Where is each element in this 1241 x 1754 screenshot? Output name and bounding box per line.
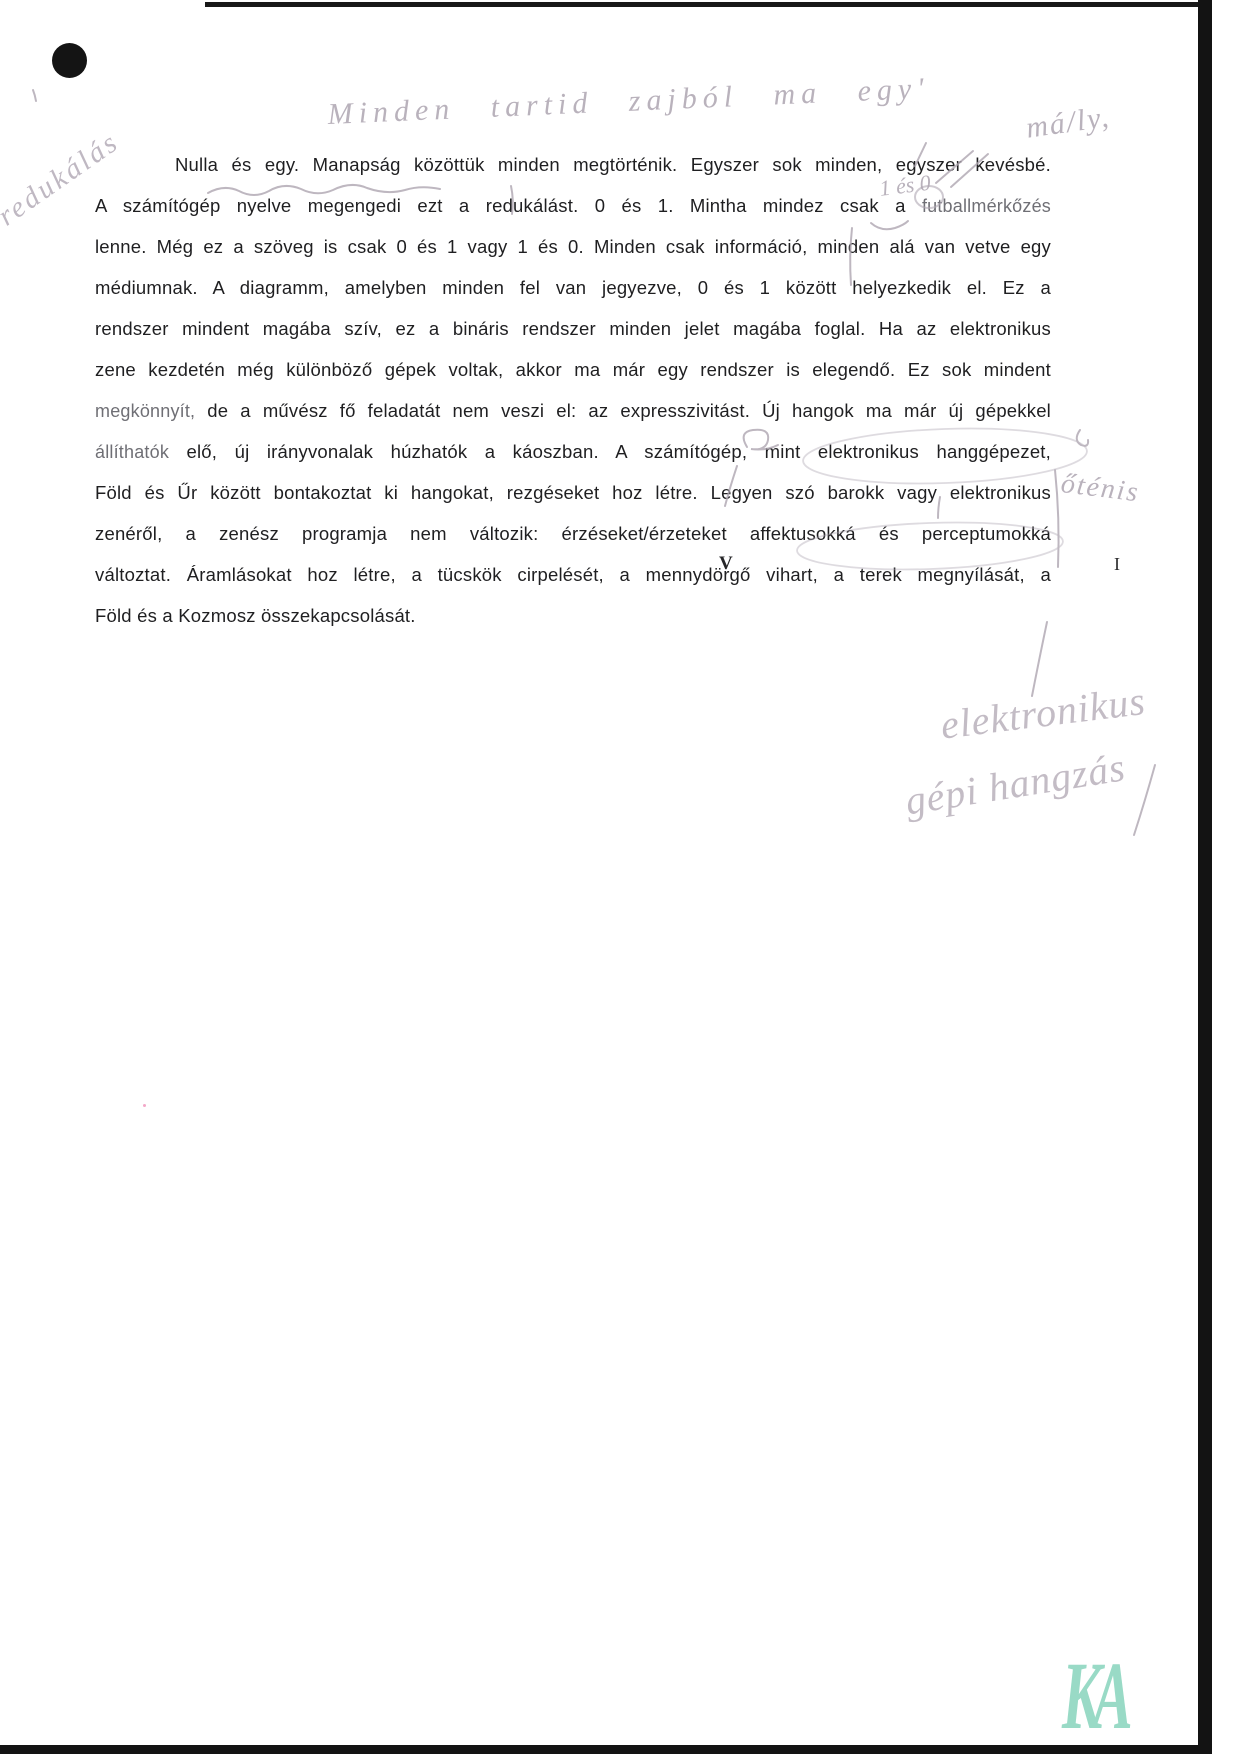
- text-segment: de a művész fő feladatát nem veszi el: a…: [195, 400, 1051, 421]
- inserted-word: megkönnyít,: [95, 401, 195, 421]
- handwritten-note-top: Minden tartid zajból ma egy': [327, 72, 930, 132]
- handwritten-note-right-margin: őténis: [1059, 468, 1141, 509]
- handwritten-note-top-right: má/ly,: [1024, 100, 1112, 145]
- body-paragraph: Nulla és egy. Manapság közöttük minden m…: [95, 144, 1051, 636]
- scan-edge-bottom: [0, 1745, 1212, 1754]
- margin-i-mark: I: [1114, 554, 1120, 575]
- pencil-sigma-mark: [1077, 430, 1088, 446]
- paragraph-line-6: zene kezdetén még különböző gépek voltak…: [95, 349, 1051, 390]
- paragraph-line-8: állíthatók elő, új irányvonalak húzhatók…: [95, 431, 1051, 472]
- inserted-word: futballmérkőzés: [922, 196, 1051, 216]
- scan-speck: [143, 1104, 146, 1107]
- paragraph-line-7: megkönnyít, de a művész fő feladatát nem…: [95, 390, 1051, 431]
- paragraph-line-10: zenéről, a zenész programja nem változik…: [95, 513, 1051, 554]
- scan-edge-top: [205, 2, 1212, 7]
- text-segment: Föld és Űr között bontakoztat ki hangoka…: [95, 482, 1051, 503]
- paragraph-line-11: változtat. Áramlásokat hoz létre, a tücs…: [95, 554, 1051, 595]
- scan-edge-right: [1198, 0, 1212, 1754]
- inserted-word: állíthatók: [95, 442, 169, 462]
- scanned-document-page: Nulla és egy. Manapság közöttük minden m…: [0, 0, 1241, 1754]
- pencil-tiny-mark: [33, 90, 36, 101]
- handwritten-note-electronic-2: gépi hangzás: [902, 743, 1129, 824]
- paragraph-line-4: médiumnak. A diagramm, amelyben minden f…: [95, 267, 1051, 308]
- pencil-margin-line: [1055, 470, 1059, 567]
- paragraph-line-5: rendszer mindent magába szív, ez a binár…: [95, 308, 1051, 349]
- text-segment: A számítógép nyelve megengedi ezt a redu…: [95, 195, 922, 216]
- pencil-slash-2: [1134, 765, 1155, 835]
- paragraph-line-12: Föld és a Kozmosz összekapcsolását.: [95, 595, 1051, 636]
- text-segment: elő, új irányvonalak húzhatók a káoszban…: [169, 441, 1051, 462]
- caret-v-correction-mark: V: [719, 553, 733, 575]
- text-segment: zene kezdetén még különböző gépek voltak…: [95, 359, 1051, 380]
- punch-hole: [52, 43, 87, 78]
- text-segment: zenéről, a zenész programja nem változik…: [95, 523, 1051, 544]
- text-segment: médiumnak. A diagramm, amelyben minden f…: [95, 277, 1051, 298]
- text-segment: változtat. Áramlásokat hoz létre, a tücs…: [95, 564, 1051, 585]
- paragraph-line-9: Föld és Űr között bontakoztat ki hangoka…: [95, 472, 1051, 513]
- ka-stamp: KA: [1062, 1640, 1124, 1751]
- text-segment: Föld és a Kozmosz összekapcsolását.: [95, 605, 416, 626]
- handwritten-note-electronic-1: elektronikus: [938, 677, 1148, 749]
- paragraph-line-3: lenne. Még ez a szöveg is csak 0 és 1 va…: [95, 226, 1051, 267]
- text-segment: lenne. Még ez a szöveg is csak 0 és 1 va…: [95, 236, 1051, 257]
- text-segment: rendszer mindent magába szív, ez a binár…: [95, 318, 1051, 339]
